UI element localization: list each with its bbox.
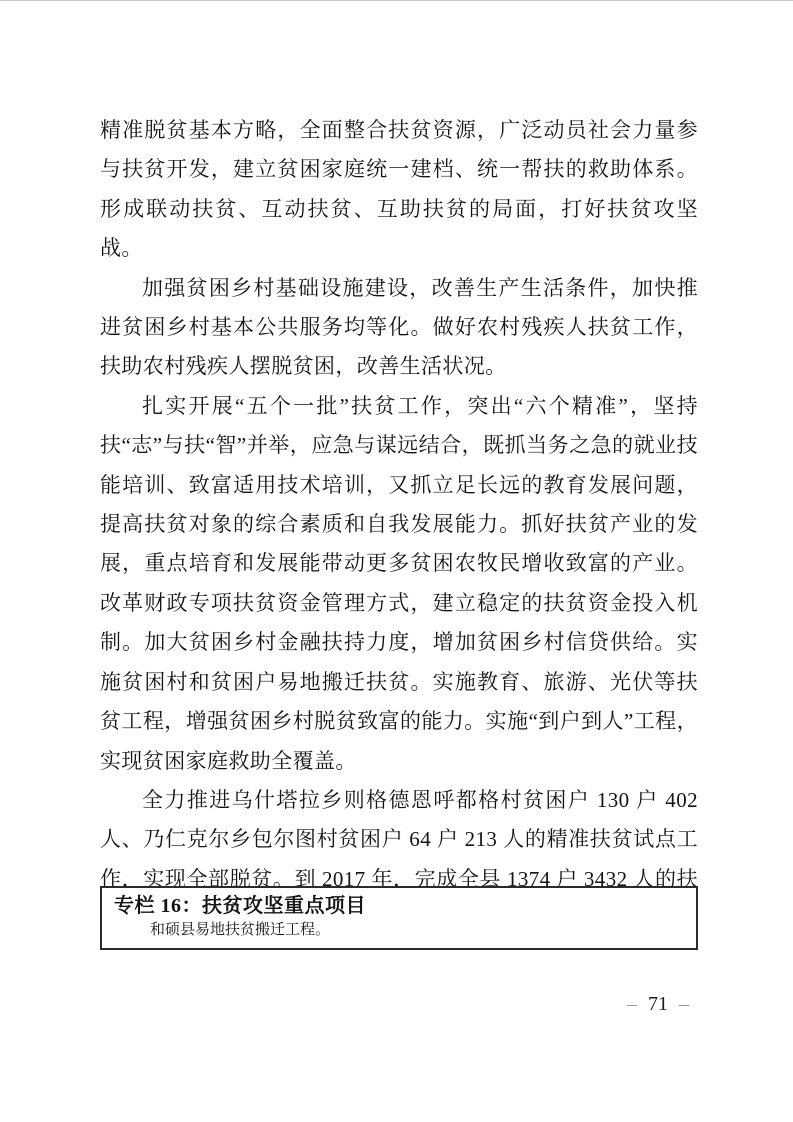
column-16-box-body: 和硕县易地扶贫搬迁工程。 xyxy=(114,920,686,941)
scan-edge-line xyxy=(0,0,793,1)
page-number-right-dash: – xyxy=(679,993,689,1015)
paragraph-poverty-alleviation-measures: 扎实开展“五个一批”扶贫工作，突出“六个精准”，坚持扶“志”与扶“智”并举，应急… xyxy=(100,387,698,781)
page-number: –71– xyxy=(627,993,689,1015)
column-16-box-title: 专栏 16：扶贫攻坚重点项目 xyxy=(114,893,686,920)
paragraph-infrastructure: 加强贫困乡村基础设施建设，改善生产生活条件，加快推进贫困乡村基本公共服务均等化。… xyxy=(100,269,698,387)
paragraph-continuation: 精准脱贫基本方略，全面整合扶贫资源，广泛动员社会力量参与扶贫开发，建立贫困家庭统… xyxy=(100,111,698,269)
page-number-value: 71 xyxy=(648,993,668,1015)
column-16-box: 专栏 16：扶贫攻坚重点项目 和硕县易地扶贫搬迁工程。 xyxy=(100,886,698,950)
document-page: 精准脱贫基本方略，全面整合扶贫资源，广泛动员社会力量参与扶贫开发，建立贫困家庭统… xyxy=(0,0,793,1122)
body-text-block: 精准脱贫基本方略，全面整合扶贫资源，广泛动员社会力量参与扶贫开发，建立贫困家庭统… xyxy=(100,111,698,939)
page-number-left-dash: – xyxy=(627,993,637,1015)
